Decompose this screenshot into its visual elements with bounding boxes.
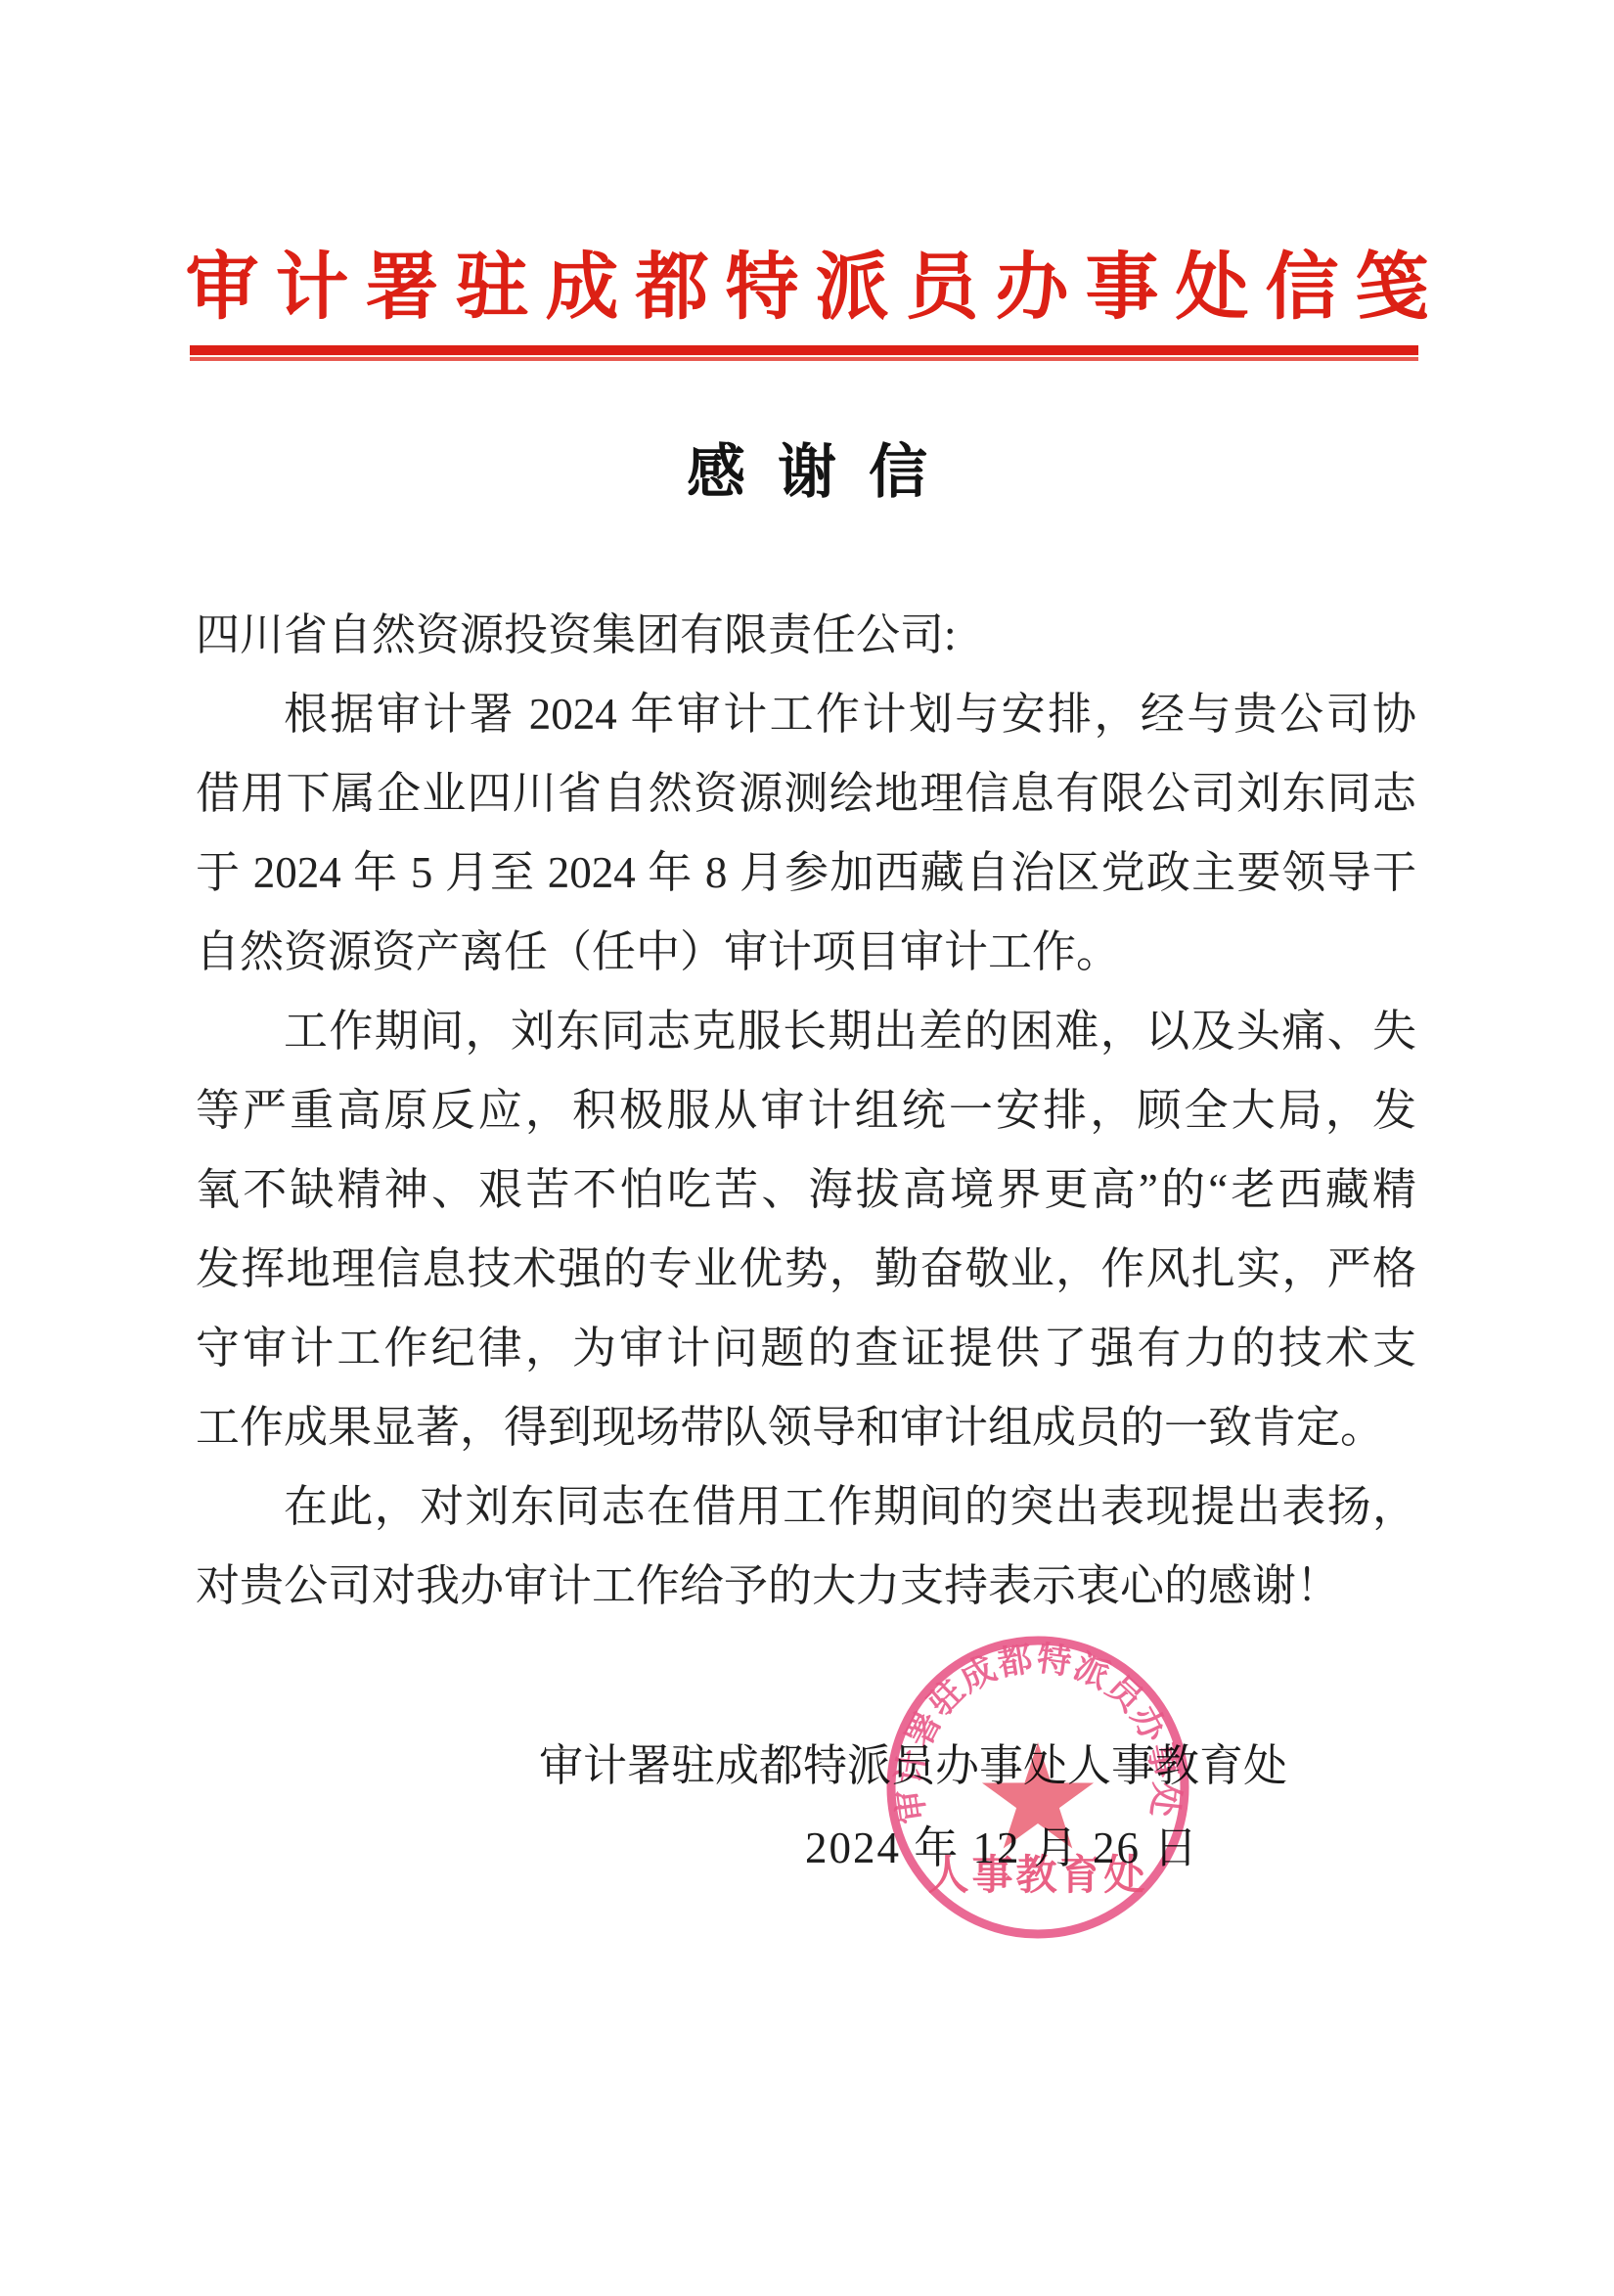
body-line: 根据审计署 2024 年审计工作计划与安排，经与贵公司协商， (196, 675, 1416, 754)
body-line: 于 2024 年 5 月至 2024 年 8 月参加西藏自治区党政主要领导干部 (196, 833, 1416, 913)
body-line: 氧不缺精神、艰苦不怕吃苦、海拔高境界更高”的“老西藏精神”， (196, 1150, 1416, 1230)
body-line: 借用下属企业四川省自然资源测绘地理信息有限公司刘东同志 (196, 754, 1416, 833)
seal-star-icon (982, 1742, 1094, 1849)
body-line: 自然资源资产离任（任中）审计项目审计工作。 (196, 913, 1416, 992)
letterhead-title: 审计署驻成都特派员办事处信笺 (0, 247, 1614, 331)
letterhead-rule-main (190, 345, 1418, 355)
body-line: 工作成果显著，得到现场带队领导和审计组成员的一致肯定。 (196, 1388, 1416, 1467)
official-seal-graphic: 审计署驻成都特派员办事处 人事教育处 (883, 1633, 1192, 1942)
recipient-line: 四川省自然资源投资集团有限责任公司: (196, 596, 1416, 675)
body-line: 发挥地理信息技术强的专业优势，勤奋敬业，作风扎实，严格遵 (196, 1230, 1416, 1309)
document-heading: 感谢信 (0, 438, 1614, 507)
letterhead-rule (190, 345, 1418, 361)
seal-bottom-text: 人事教育处 (927, 1853, 1147, 1899)
body-line: 等严重高原反应，积极服从审计组统一安排，顾全大局，发扬“缺 (196, 1071, 1416, 1150)
letterhead-rule-sub (190, 357, 1418, 361)
letter-body: 四川省自然资源投资集团有限责任公司: 根据审计署 2024 年审计工作计划与安排… (196, 596, 1416, 1626)
body-line: 对贵公司对我办审计工作给予的大力支持表示衷心的感谢！ (196, 1547, 1416, 1626)
body-line: 守审计工作纪律，为审计问题的查证提供了强有力的技术支撑， (196, 1309, 1416, 1388)
body-line: 在此，对刘东同志在借用工作期间的突出表现提出表扬，并 (196, 1467, 1416, 1547)
letter-page: 审计署驻成都特派员办事处信笺 感谢信 四川省自然资源投资集团有限责任公司: 根据… (0, 0, 1614, 2296)
body-line: 工作期间，刘东同志克服长期出差的困难，以及头痛、失眠 (196, 992, 1416, 1071)
official-seal: 审计署驻成都特派员办事处 人事教育处 (883, 1633, 1192, 1942)
